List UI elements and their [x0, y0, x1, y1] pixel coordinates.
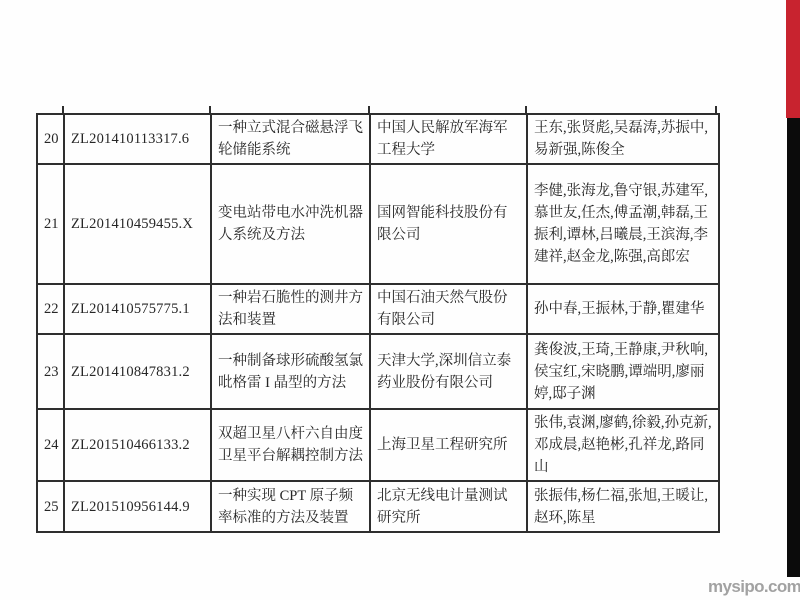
document-page: 20 ZL201410113317.6 一种立式混合磁悬浮飞轮储能系统 中国人民… — [0, 0, 800, 600]
cell-inventors: 孙中春,王振林,于静,瞿建华 — [527, 284, 719, 334]
cell-patent-number: ZL201410575775.1 — [64, 284, 211, 334]
cell-row-number: 21 — [37, 164, 64, 284]
cell-patent-title: 一种制备球形硫酸氢氯吡格雷 I 晶型的方法 — [211, 334, 370, 409]
cell-patent-number: ZL201410847831.2 — [64, 334, 211, 409]
cell-patentee: 上海卫星工程研究所 — [370, 409, 527, 481]
table-row: 23 ZL201410847831.2 一种制备球形硫酸氢氯吡格雷 I 晶型的方… — [37, 334, 719, 409]
cell-patent-number: ZL201510956144.9 — [64, 481, 211, 532]
cell-row-number: 20 — [37, 114, 64, 164]
patent-table: 20 ZL201410113317.6 一种立式混合磁悬浮飞轮储能系统 中国人民… — [36, 113, 720, 533]
cell-patentee: 北京无线电计量测试研究所 — [370, 481, 527, 532]
cell-patentee: 天津大学,深圳信立泰药业股份有限公司 — [370, 334, 527, 409]
cell-patentee: 国网智能科技股份有限公司 — [370, 164, 527, 284]
cell-patent-number: ZL201410113317.6 — [64, 114, 211, 164]
cell-patent-number: ZL201410459455.X — [64, 164, 211, 284]
cell-inventors: 张振伟,杨仁福,张旭,王暖让,赵环,陈星 — [527, 481, 719, 532]
cell-patent-title: 一种立式混合磁悬浮飞轮储能系统 — [211, 114, 370, 164]
cell-row-number: 22 — [37, 284, 64, 334]
cell-inventors: 王东,张贤彪,吴磊涛,苏振中,易新强,陈俊全 — [527, 114, 719, 164]
cell-patentee: 中国人民解放军海军工程大学 — [370, 114, 527, 164]
table-row: 22 ZL201410575775.1 一种岩石脆性的测井方法和装置 中国石油天… — [37, 284, 719, 334]
cell-row-number: 24 — [37, 409, 64, 481]
table-row: 24 ZL201510466133.2 双超卫星八杆六自由度卫星平台解耦控制方法… — [37, 409, 719, 481]
watermark: mysipo.com — [708, 577, 800, 597]
cell-row-number: 23 — [37, 334, 64, 409]
cell-patent-title: 双超卫星八杆六自由度卫星平台解耦控制方法 — [211, 409, 370, 481]
cell-patent-title: 一种岩石脆性的测井方法和装置 — [211, 284, 370, 334]
cell-patent-title: 变电站带电水冲洗机器人系统及方法 — [211, 164, 370, 284]
table-row: 21 ZL201410459455.X 变电站带电水冲洗机器人系统及方法 国网智… — [37, 164, 719, 284]
red-accent-bar — [786, 0, 800, 118]
cell-patentee: 中国石油天然气股份有限公司 — [370, 284, 527, 334]
cell-patent-title: 一种实现 CPT 原子频率标准的方法及装置 — [211, 481, 370, 532]
cell-inventors: 张伟,袁渊,廖鹤,徐毅,孙克新,邓成晨,赵艳彬,孔祥龙,路同山 — [527, 409, 719, 481]
cell-row-number: 25 — [37, 481, 64, 532]
cell-patent-number: ZL201510466133.2 — [64, 409, 211, 481]
black-accent-bar — [787, 118, 800, 577]
cell-inventors: 龚俊波,王琦,王静康,尹秋响,侯宝红,宋晓鹏,谭端明,廖丽婷,邸子渊 — [527, 334, 719, 409]
table-row: 25 ZL201510956144.9 一种实现 CPT 原子频率标准的方法及装… — [37, 481, 719, 532]
table-row: 20 ZL201410113317.6 一种立式混合磁悬浮飞轮储能系统 中国人民… — [37, 114, 719, 164]
cell-inventors: 李健,张海龙,鲁守银,苏建军,慕世友,任杰,傅孟潮,韩磊,王振利,谭林,吕曦晨,… — [527, 164, 719, 284]
